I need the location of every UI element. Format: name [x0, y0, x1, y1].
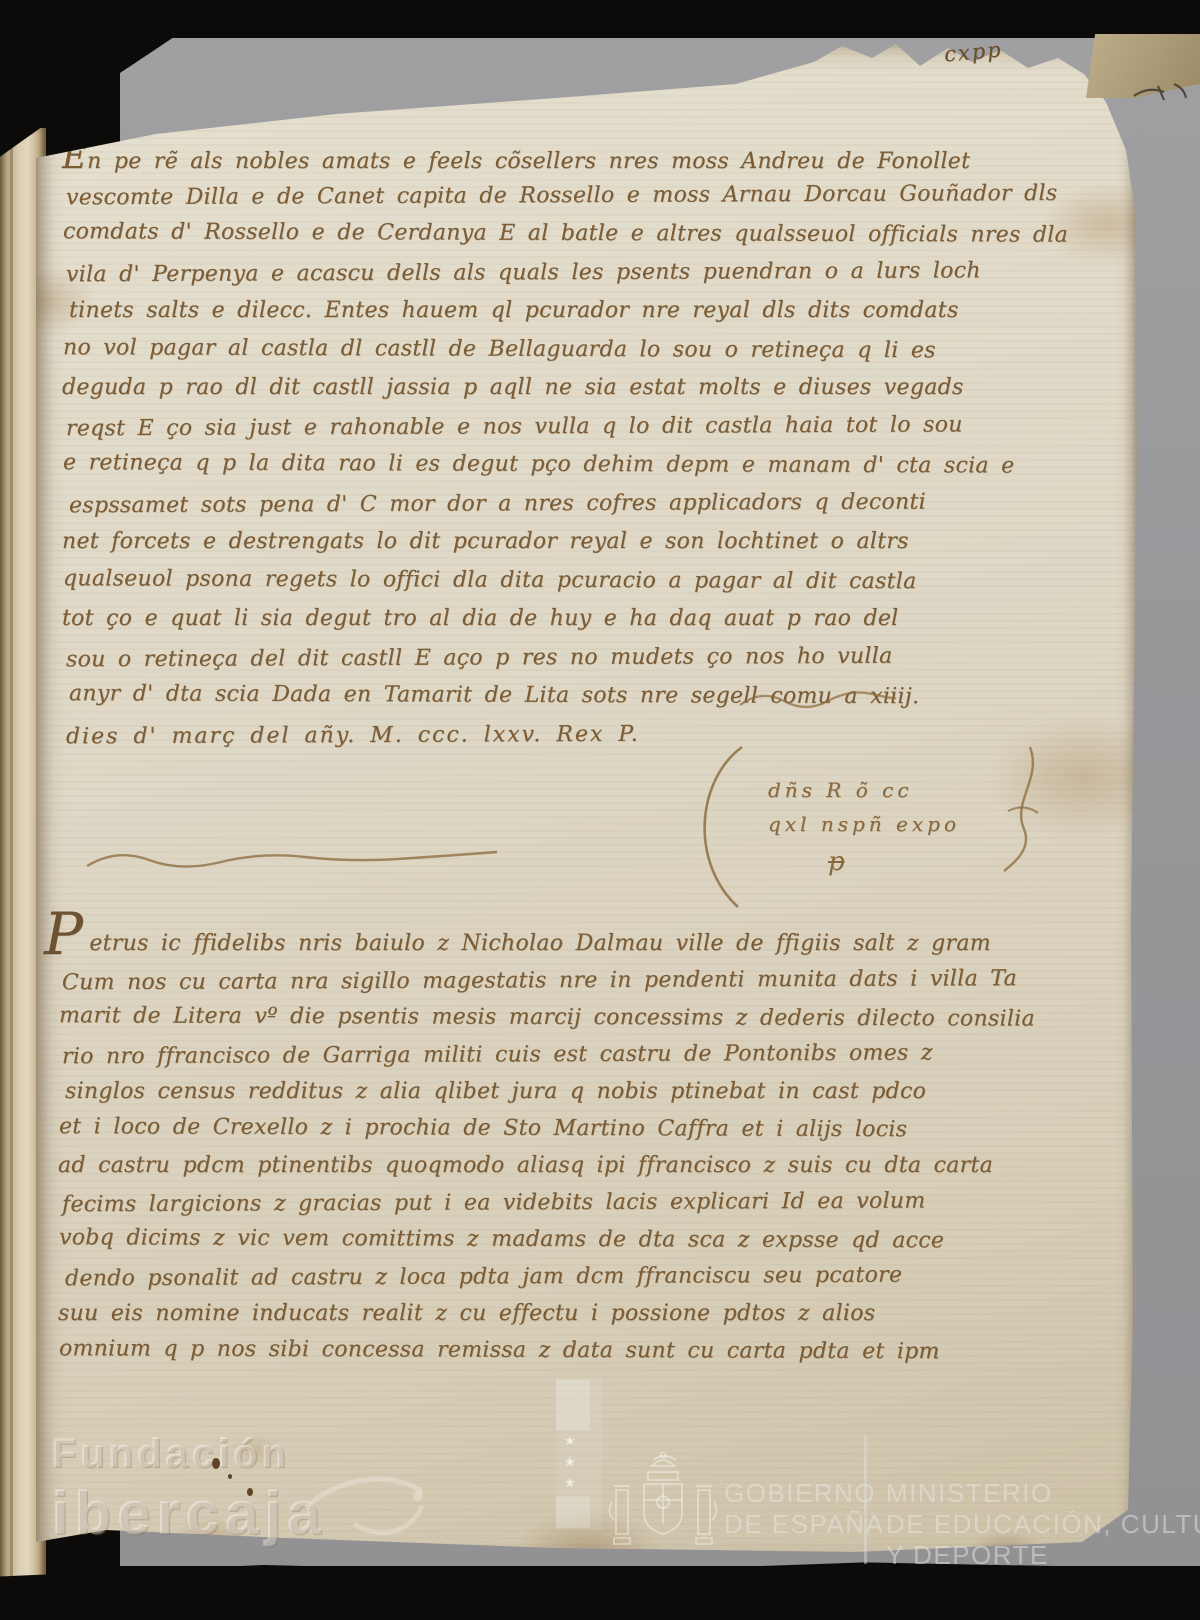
ministerio-line3: Y DEPORTE: [886, 1540, 1200, 1571]
manuscript-line: tinets salts e dilecc. Entes hauem ql pc…: [69, 292, 1112, 331]
eu-flag-block: [556, 1380, 590, 1430]
spain-coat-of-arms-icon: [604, 1450, 722, 1568]
eu-star-icon: ★: [564, 1476, 576, 1489]
folio-number: cxpp: [943, 37, 1003, 66]
gobierno-line1: GOBIERNO: [724, 1478, 884, 1509]
manuscript-line: omnium q p nos sibi concessa remissa z d…: [59, 1330, 1108, 1371]
ibercaja-watermark-line1: Fundación: [52, 1432, 327, 1477]
manuscript-line: vila d' Perpenya e acascu dells als qual…: [66, 251, 1112, 294]
ibercaja-watermark-line2: ibercaja: [52, 1479, 327, 1548]
ministerio-line1: MINISTERIO: [886, 1478, 1200, 1509]
manuscript-line: deguda p rao dl dit castll jassia p aqll…: [62, 369, 1112, 408]
manuscript-line: dendo psonalit ad castru z loca pdta jam…: [65, 1256, 1108, 1298]
manuscript-line: fecims largicions z gracias put i ea vid…: [62, 1182, 1108, 1224]
ibercaja-watermark: Fundación ibercaja: [52, 1432, 327, 1548]
manuscript-line: espssamet sots pena d' C mor dor a nres …: [69, 482, 1112, 525]
manuscript-line: suu eis nomine inducats realit z cu effe…: [58, 1295, 1108, 1332]
note-paraph-mark: p: [828, 847, 845, 877]
manuscript-line: Cum nos cu carta nra sigillo magestatis …: [62, 960, 1108, 1002]
eu-flag-stars: ★★★: [564, 1434, 576, 1489]
manuscript-line: vescomte Dilla e de Canet capita de Ross…: [66, 174, 1112, 217]
note-text: dñs R õ ccqxl nspñ expo: [768, 773, 960, 841]
manuscript-line: vobq dicims z vic vem comittims z madams…: [59, 1219, 1108, 1260]
manuscript-line: sou o retineça del dit castll E aço p re…: [66, 636, 1112, 679]
manuscript-line: En pe rẽ als nobles amats e feels cõsell…: [62, 138, 1112, 177]
edge-ink-marks: [1130, 78, 1190, 108]
manuscript-line: et i loco de Crexello z i prochia de Sto…: [59, 1108, 1108, 1149]
eu-star-icon: ★: [564, 1455, 576, 1468]
ministerio-watermark: MINISTERIO DE EDUCACIÓN, CULTURA Y DEPOR…: [886, 1478, 1200, 1571]
gobierno-watermark: GOBIERNO DE ESPAÑA: [724, 1478, 884, 1540]
watermark-divider: [864, 1436, 867, 1564]
ink-flourish-wave: [85, 848, 505, 878]
manuscript-line: tot ço e quat li sia degut tro al dia de…: [62, 600, 1112, 639]
manuscript-line: rio nro ffrancisco de Garriga militi cui…: [62, 1034, 1108, 1076]
eu-star-icon: ★: [564, 1434, 576, 1447]
note-line: qxl nspñ expo: [768, 807, 960, 841]
manuscript-line: marit de Litera vº die psentis mesis mar…: [59, 997, 1108, 1038]
manuscript-line: no vol pagar al castla dl castll de Bell…: [63, 329, 1112, 371]
manuscript-line: singlos census redditus z alia qlibet ju…: [65, 1073, 1108, 1110]
manuscript-line: qualseuol psona regets lo offici dla dit…: [63, 560, 1112, 602]
manuscript-scan-photo: En pe rẽ als nobles amats e feels cõsell…: [0, 0, 1200, 1620]
ibercaja-swash-logo-icon: [300, 1462, 430, 1548]
gobierno-line2: DE ESPAÑA: [724, 1509, 884, 1540]
note-top-wave: [738, 689, 898, 715]
manuscript-line: e retineça q p la dita rao li es degut p…: [63, 444, 1112, 486]
text-block-catalan-letter: En pe rẽ als nobles amats e feels cõsell…: [62, 138, 1112, 754]
manuscript-line: ad castru pdcm ptinentibs quoqmodo alias…: [58, 1147, 1108, 1184]
note-right-flourish: [994, 745, 1044, 875]
note-line: dñs R õ cc: [768, 773, 960, 807]
text-block-latin-letter: Petrus ic ffidelibs nris baiulo z Nichol…: [58, 925, 1108, 1369]
manuscript-line: comdats d' Rossello e de Cerdanya E al b…: [63, 213, 1112, 255]
eu-flag-block: [556, 1496, 590, 1528]
manuscript-line: net forcets e destrengats lo dit pcurado…: [62, 523, 1112, 562]
manuscript-line: Petrus ic ffidelibs nris baiulo z Nichol…: [58, 925, 1108, 962]
manuscript-line: anyr d' dta scia Dada en Tamarit de Lita…: [69, 675, 1112, 717]
manuscript-page: En pe rẽ als nobles amats e feels cõsell…: [36, 40, 1138, 1574]
ministerio-line2: DE EDUCACIÓN, CULTURA: [886, 1509, 1200, 1540]
manuscript-line: reqst E ço sia just e rahonable e nos vu…: [66, 405, 1112, 448]
eu-flag-fragment: ★★★: [556, 1378, 602, 1530]
note-bracket-curve: [676, 743, 756, 913]
scribal-note: dñs R õ ccqxl nspñ expo p: [676, 735, 1036, 915]
